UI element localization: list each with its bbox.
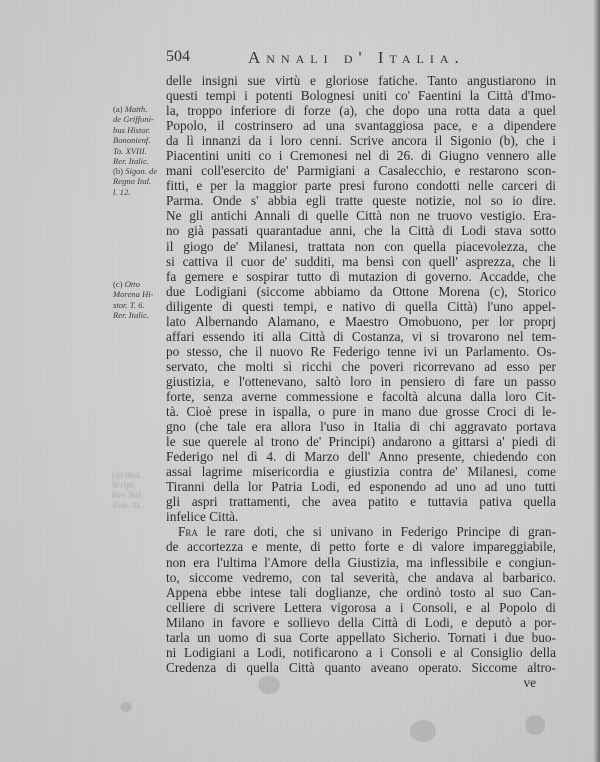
margin-note-line: Sigon. de (125, 166, 157, 176)
page-number: 504 (166, 48, 190, 66)
text-line: le sue querele al trono de' Principi) an… (166, 434, 556, 449)
margin-note-line: Rer. Italic. (113, 310, 173, 320)
margin-note-line: l. 12. (113, 187, 173, 197)
body-text: delle insigni sue virtù e gloriose fatic… (166, 73, 556, 690)
text-line: Credenza di quella Città quanto aveano o… (166, 660, 556, 675)
text-line: il giogo de' Milanesi, trattata non con … (166, 239, 556, 254)
margin-note-b: (b) Sigon. de Regno Ital. l. 12. (113, 166, 173, 197)
text-line: Parma. Onde s' abbia egli tratte queste … (166, 193, 556, 208)
show-through-text: (a) Ibid.Script.Rer. Ital.Tom. XI. (112, 470, 167, 510)
margin-note-line: Matth. (125, 104, 148, 114)
text-line: delle insigni sue virtù e gloriose fatic… (166, 73, 556, 88)
text-line: Ne gli antichi Annali di quelle Città no… (166, 208, 556, 223)
text-line: diligente di questi tempi, e nativo di q… (166, 299, 556, 314)
margin-note-line: stor. T. 6. (113, 300, 173, 310)
text-line: affari essendo iti alla Città di Costanz… (166, 329, 556, 344)
text-line: to, siccome vedremo, con tal severità, c… (166, 570, 556, 585)
text-line: Milano in favore e sollievo della Città … (166, 615, 556, 630)
catchword: ve (166, 675, 556, 690)
text-line: Tiranni della lor Patria Lodi, ed espone… (166, 479, 556, 494)
margin-note-line: Bononienf. (113, 135, 173, 145)
text-line: mani coll'esercito de' Parmigiani a Casa… (166, 163, 556, 178)
text-line: de accortezza e mente, di petto forte e … (166, 539, 556, 554)
footnote-ref-c: (c) (113, 279, 123, 289)
text-line: fitti, e per la maggior parte presi furo… (166, 178, 556, 193)
small-caps-opening: Fra (178, 524, 198, 539)
text-line: forte, senza averne commessione e facolt… (166, 389, 556, 404)
paper-stain (525, 715, 545, 735)
text-line: da lì innanzi da i loro cenni. Scrive an… (166, 133, 556, 148)
footnote-ref-b: (b) (113, 166, 123, 176)
text-line: due Lodigiani (siccome abbiamo da Ottone… (166, 284, 556, 299)
text-line: giustizia, e l'ottenevano, saltò loro in… (166, 374, 556, 389)
text-line: fa gemere e sospirar tutto dì mutazion d… (166, 269, 556, 284)
paper-stain (410, 720, 436, 742)
text-line: celliere di scrivere Lettera vigorosa a … (166, 600, 556, 615)
margin-note-line: bus Histor. (113, 125, 173, 135)
text-line: po stesso, che il nuovo Re Federigo tenn… (166, 344, 556, 359)
text-line: tarla un uomo di sua Corte appellato Sic… (166, 630, 556, 645)
margin-note-line: Rer. Italic. (113, 156, 173, 166)
text-line: tà. Cioè prese in ispalla, o pure in man… (166, 404, 556, 419)
running-title: Annali d' Italia. (248, 48, 465, 68)
text-line: Appena ebbe intese tali doglianze, che o… (166, 585, 556, 600)
text-line: Popolo, il costrinsero ad una svantaggio… (166, 118, 556, 133)
margin-note-line: Morena Hi- (113, 289, 173, 299)
text-line: gli aspri trattamenti, che avea patito e… (166, 494, 556, 509)
margin-note-line: Regno Ital. (113, 176, 173, 186)
text-line: questi tempi i potenti Bolognesi uniti c… (166, 88, 556, 103)
margin-note-line: Otto (125, 279, 140, 289)
opening-line-rest: le rare doti, che si univano in Federigo… (198, 524, 556, 539)
text-line: Piacentini uniti co i Cremonesi nel dì 2… (166, 148, 556, 163)
text-line: la, troppo inferiore di forze (a), che d… (166, 103, 556, 118)
text-line: no già passati quarantadue anni, che la … (166, 223, 556, 238)
margin-note-a: (a) Matth. de Griffoni- bus Histor. Bono… (113, 104, 173, 166)
text-line: gno (che tale era allora l'uso in Italia… (166, 419, 556, 434)
margin-note-line: To. XVIII. (113, 146, 173, 156)
text-line: infelice Città. (166, 509, 556, 524)
text-line: si cattiva il cuor de' sudditi, ma bensì… (166, 254, 556, 269)
scanned-page: 504 Annali d' Italia. (a) Matth. de Grif… (0, 0, 600, 762)
paper-stain (120, 702, 132, 712)
text-line: Federigo nel dì 4. di Marzo dell' Anno p… (166, 449, 556, 464)
text-line: assai lagrime misericordia e giustizia c… (166, 464, 556, 479)
page-header: 504 Annali d' Italia. (166, 48, 536, 70)
margin-note-c: (c) Otto Morena Hi- stor. T. 6. Rer. Ita… (113, 279, 173, 321)
text-line: non era l'ultima l'Amore della Giustizia… (166, 555, 556, 570)
text-line: servato, che molti sì ricchi che poveri … (166, 359, 556, 374)
margin-note-line: de Griffoni- (113, 114, 173, 124)
text-line: ni Lodigiani a Lodi, notificarono a i Co… (166, 645, 556, 660)
paragraph-opening-line: Fra le rare doti, che si univano in Fede… (166, 524, 556, 539)
text-line: lato Albernando Alamano, e Maestro Omobu… (166, 314, 556, 329)
footnote-ref-a: (a) (113, 104, 123, 114)
page-edge-shadow (594, 0, 600, 762)
